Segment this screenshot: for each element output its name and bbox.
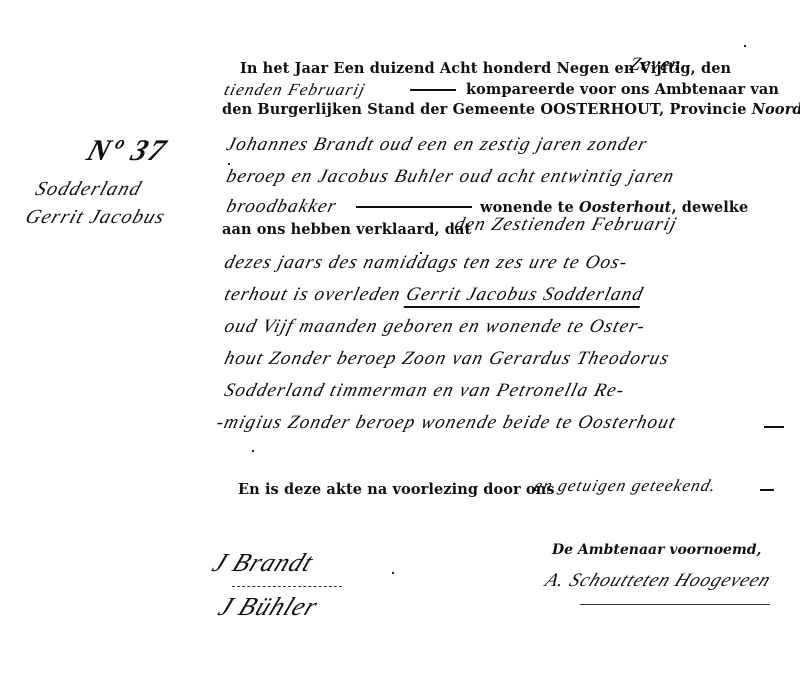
hand-death-line-6: -migius Zonder beroep wonende beide te O… — [214, 412, 678, 434]
scan-speck — [392, 572, 394, 574]
signature-clerk-flourish — [580, 604, 770, 605]
signature-line-1 — [232, 586, 342, 587]
scan-speck — [228, 163, 230, 165]
hand-death-date: den Zestienden Februarij — [452, 214, 679, 236]
printed-closing: En is deze akte na voorlezing door ons — [238, 481, 555, 498]
printed-verklaard: aan ons hebben verklaard, dat — [222, 221, 471, 238]
printed-province: Noordbrabant — [752, 101, 800, 118]
printed-line-2: kompareerde voor ons Ambtenaar van — [466, 81, 779, 98]
civil-record-page: Nº 37 Sodderland Gerrit Jacobus In het J… — [0, 0, 800, 700]
hand-closing: en getuigen geteekend. — [532, 476, 719, 496]
signature-clerk: A. Schoutteten Hoogeveen — [542, 570, 775, 592]
hand-overleden: terhout is overleden — [222, 284, 403, 305]
hand-witness-line-1: Johannes Brandt oud een en zestig jaren … — [224, 134, 650, 156]
hand-death-line-4: hout Zonder beroep Zoon van Gerardus The… — [222, 348, 672, 370]
fill-line-end — [764, 426, 784, 428]
margin-given-names: Gerrit Jacobus — [22, 206, 168, 229]
hand-date-part2: tienden Februarij — [222, 80, 368, 100]
hand-death-line-5: Sodderland timmerman en van Petronella R… — [222, 380, 627, 402]
hand-death-line-2: terhout is overleden Gerrit Jacobus Sodd… — [222, 284, 646, 306]
fill-line-closing — [760, 489, 774, 491]
hand-witness-line-2: beroep en Jacobus Buhler oud acht entwin… — [224, 166, 677, 188]
printed-line-3: den Burgerlijken Stand der Gemeente OOST… — [222, 101, 800, 118]
clerk-title: De Ambtenaar voornoemd, — [552, 542, 761, 558]
scan-speck — [744, 45, 746, 47]
hand-death-line-1: dezes jaars des namiddags ten zes ure te… — [222, 252, 630, 274]
record-number: Nº 37 — [82, 134, 171, 168]
hand-deceased-name: Gerrit Jacobus Sodderland — [403, 284, 646, 308]
fill-line-date — [410, 89, 456, 91]
printed-dewelke: , dewelke — [671, 199, 748, 216]
scan-speck — [252, 450, 254, 452]
signature-witness-1: J Brandt — [208, 548, 318, 578]
hand-witness-line-3: broodbakker — [224, 196, 339, 218]
hand-date-month: Februarij — [286, 80, 368, 99]
fill-line-occupation — [356, 206, 472, 208]
hand-date-tienden: tienden — [222, 80, 285, 99]
printed-gemeente: den Burgerlijken Stand der Gemeente OOST… — [222, 101, 747, 118]
margin-surname: Sodderland — [32, 178, 145, 201]
hand-death-line-3: oud Vijf maanden geboren en wonende te O… — [222, 316, 648, 338]
scan-speck — [420, 252, 422, 254]
hand-date-part1: Zeven — [627, 54, 684, 76]
signature-witness-2: J Bühler — [214, 592, 323, 622]
